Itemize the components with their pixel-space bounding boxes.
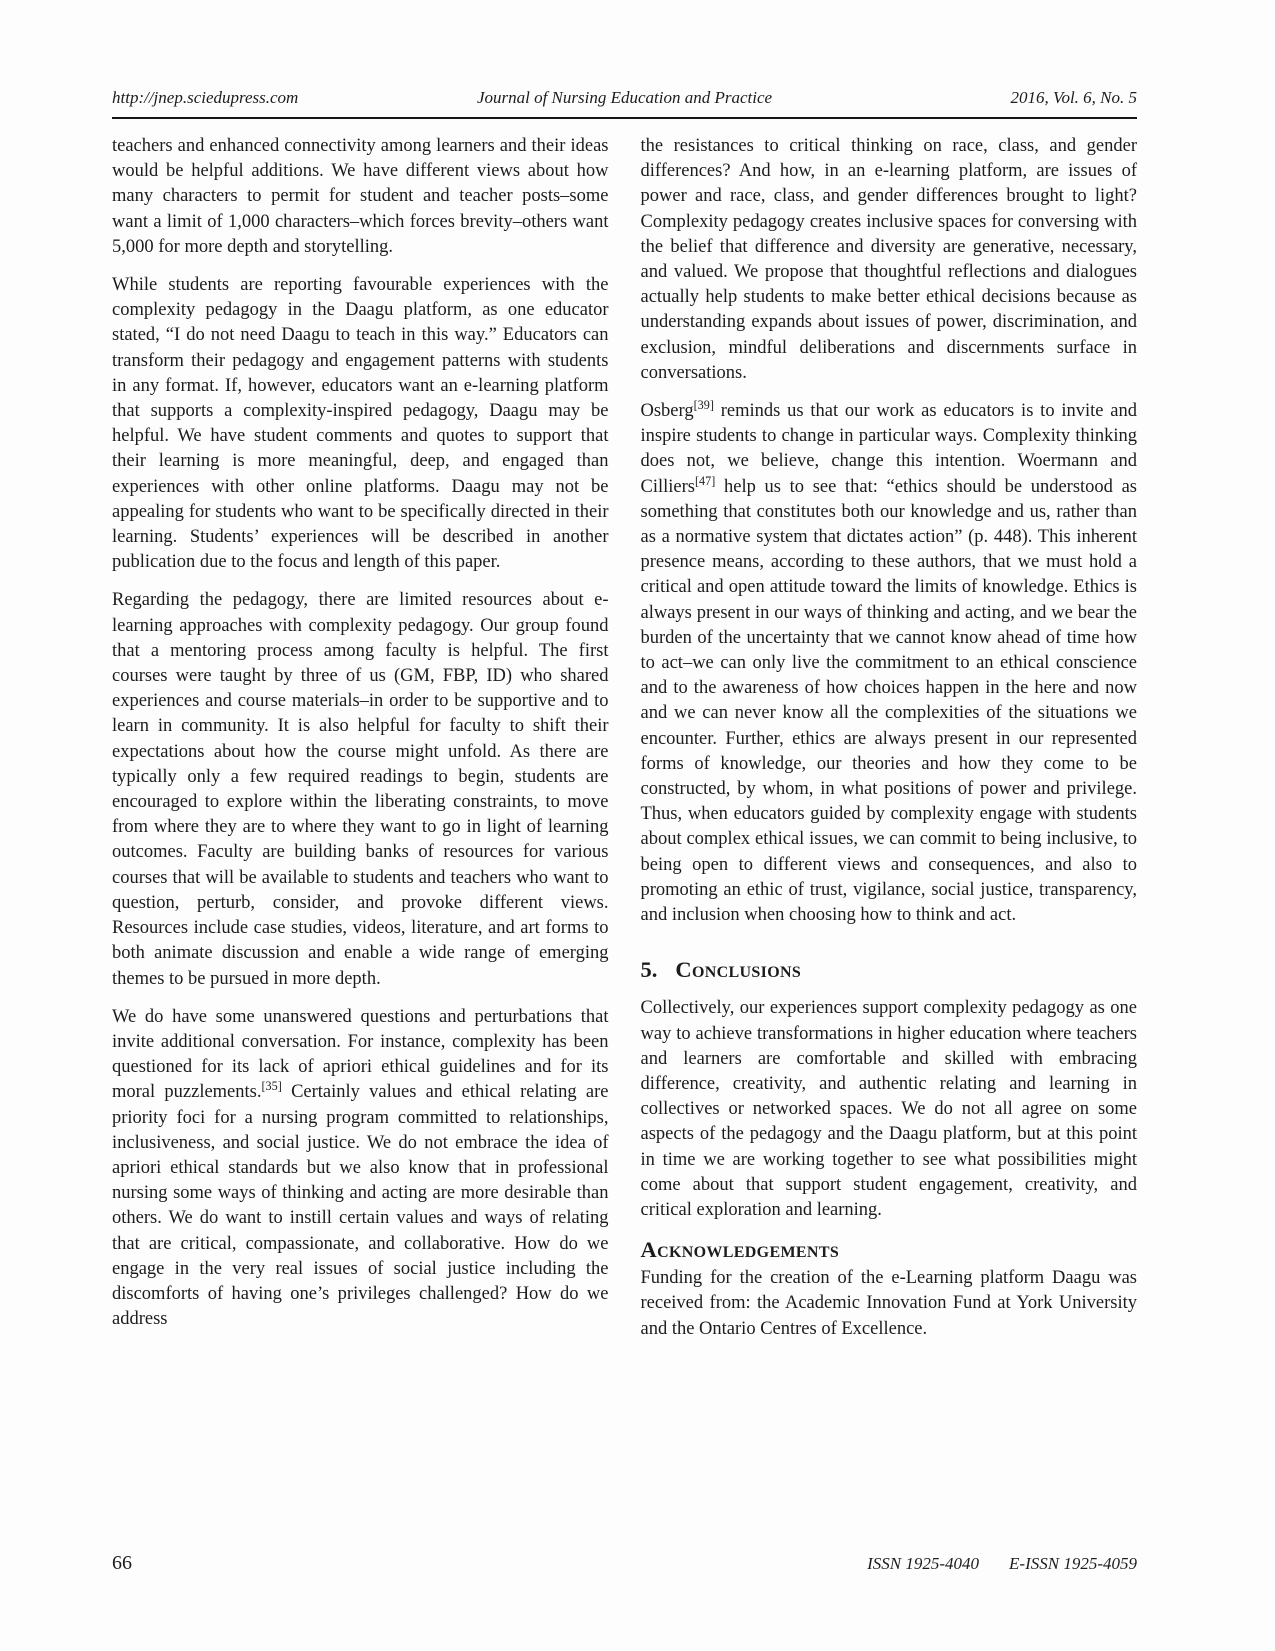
body-paragraph: Osberg[39] reminds us that our work as e… xyxy=(641,399,1138,928)
conclusions-heading: 5.Conclusions xyxy=(641,956,1138,984)
section-number: 5. xyxy=(641,957,658,982)
issue-info: 2016, Vol. 6, No. 5 xyxy=(772,88,1137,108)
right-column: the resistances to critical thinking on … xyxy=(641,134,1138,1355)
page-header: http://jnep.sciedupress.com Journal of N… xyxy=(112,88,1137,119)
paper-page: http://jnep.sciedupress.com Journal of N… xyxy=(0,0,1275,1651)
body-paragraph: Funding for the creation of the e-Learni… xyxy=(641,1266,1138,1342)
content-columns: teachers and enhanced connectivity among… xyxy=(112,134,1137,1355)
acknowledgements-title: Acknowledgements xyxy=(641,1237,840,1262)
body-paragraph: Regarding the pedagogy, there are limite… xyxy=(112,588,609,991)
issn-text: ISSN 1925-4040 xyxy=(867,1554,979,1574)
body-paragraph: teachers and enhanced connectivity among… xyxy=(112,134,609,260)
acknowledgements-heading: Acknowledgements xyxy=(641,1236,1138,1264)
e-issn-text: E-ISSN 1925-4059 xyxy=(1009,1554,1137,1574)
body-paragraph: the resistances to critical thinking on … xyxy=(641,134,1138,386)
issn-block: ISSN 1925-4040 E-ISSN 1925-4059 xyxy=(867,1554,1137,1574)
section-title: Conclusions xyxy=(675,957,801,982)
journal-title: Journal of Nursing Education and Practic… xyxy=(477,88,772,108)
page-number: 66 xyxy=(112,1552,132,1575)
left-column: teachers and enhanced connectivity among… xyxy=(112,134,609,1355)
page-footer: 66 ISSN 1925-4040 E-ISSN 1925-4059 xyxy=(112,1552,1137,1575)
body-paragraph: We do have some unanswered questions and… xyxy=(112,1005,609,1333)
journal-url: http://jnep.sciedupress.com xyxy=(112,88,477,108)
body-paragraph: While students are reporting favourable … xyxy=(112,273,609,575)
body-paragraph: Collectively, our experiences support co… xyxy=(641,996,1138,1223)
